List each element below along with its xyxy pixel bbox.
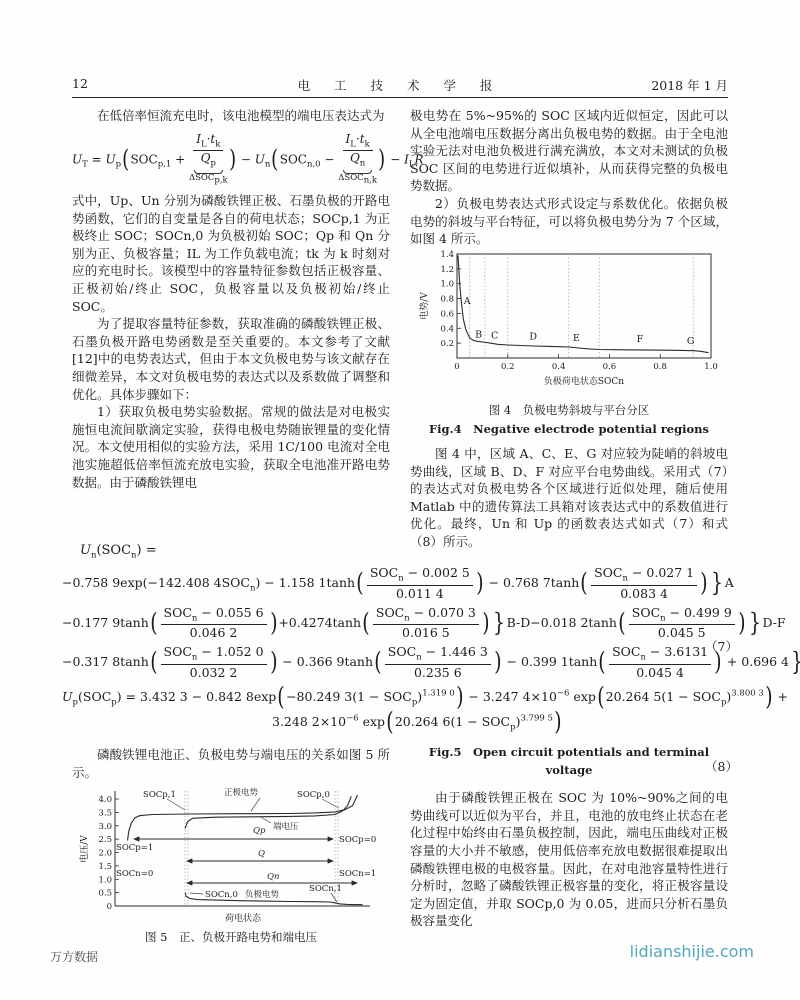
fig5-label-socn0: SOCn,0 xyxy=(205,890,238,900)
socn1-leader xyxy=(331,893,337,902)
page-header: 12 电 工 技 术 学 报 2018 年 1 月 xyxy=(72,76,728,96)
fig5-ylabel: 电压/V xyxy=(78,835,90,863)
fig5-caption-en: Fig.5 Open circuit potentials and termin… xyxy=(410,744,728,779)
svg-text:F: F xyxy=(637,334,644,345)
fig4-caption-en: Fig.4 Negative electrode potential regio… xyxy=(410,421,728,439)
svg-text:1.0: 1.0 xyxy=(440,279,454,289)
equation-body: UT = Up(SOCp,1 + IL·tkQpΔSOCp,k) − Un(SO… xyxy=(72,133,390,187)
issue-date: 2018 年 1 月 xyxy=(651,76,728,94)
eq8-line2: 3.248 2×10−6 exp(20.264 6(1 − SOCp)3.799… xyxy=(272,711,738,734)
right-column-top: 极电势在 5%~95%的 SOC 区域内近似恒定，因此可以从全电池端电压数据分离… xyxy=(410,107,728,543)
fig5-label-socp0: SOCp,0 xyxy=(297,790,330,800)
pos-leader xyxy=(251,798,260,811)
paragraph: 2）负极电势表达式形式设定与系数优化。依据负极电势的斜坡与平台特征，可以将负极电… xyxy=(410,195,728,248)
fig4-caption-cn: 图 4 负极电势斜坡与平台分区 xyxy=(410,402,728,420)
svg-text:1.5: 1.5 xyxy=(98,862,112,872)
fig5-label-socn1: SOCn,1 xyxy=(309,884,342,894)
fig4-xlabel: 负极荷电状态SOCn xyxy=(544,375,624,387)
fig5-label-socn-eq-0: SOCn=0 xyxy=(116,869,153,879)
svg-text:0.2: 0.2 xyxy=(440,339,454,349)
fig5-xlabel: 荷电状态 xyxy=(225,912,262,924)
svg-text:0.4: 0.4 xyxy=(440,324,454,334)
equation-terminal-voltage: UT = Up(SOCp,1 + IL·tkQpΔSOCp,k) − Un(SO… xyxy=(72,133,390,187)
svg-text:0.6: 0.6 xyxy=(603,362,617,372)
svg-text:0.4: 0.4 xyxy=(552,362,566,372)
svg-text:B: B xyxy=(475,329,482,340)
svg-text:0.6: 0.6 xyxy=(440,309,454,319)
paragraph: 1）获取负极电势实验数据。常规的做法是对电极实施恒电流间歇滴定实验，获得电极电势… xyxy=(72,403,390,491)
svg-text:0: 0 xyxy=(107,902,112,912)
fig5-label-socn-eq-1: SOCn=1 xyxy=(339,869,376,879)
paragraph: 为了提取容量特征参数，获取准确的磷酸铁锂正极、石墨负极开路电势函数是至关重要的。… xyxy=(72,315,390,403)
svg-text:1.0: 1.0 xyxy=(704,362,718,372)
journal-page: 12 电 工 技 术 学 报 2018 年 1 月 在低倍率恒流充电时，该电池模… xyxy=(0,0,800,1000)
fig5-caption-cn: 图 5 正、负极开路电势和端电压 xyxy=(72,929,390,947)
svg-text:0.5: 0.5 xyxy=(98,889,112,899)
eq7-line3: −0.177 9tanh(SOCn − 0.055 60.046 2)+0.42… xyxy=(62,606,738,641)
fig4-chart: 00.20.40.60.81.00.20.40.60.81.01.21.4ABC… xyxy=(413,248,725,400)
fig5-label-socp1: SOCp,1 xyxy=(143,790,176,800)
paragraph: 图 4 中，区域 A、C、E、G 对应较为陡峭的斜坡电势曲线，区域 B、D、F … xyxy=(410,445,728,551)
svg-text:D: D xyxy=(529,331,537,342)
svg-text:0.2: 0.2 xyxy=(501,362,515,372)
svg-text:2.5: 2.5 xyxy=(98,835,112,845)
equation-7: Un(SOCn) = −0.758 9exp(−142.408 4SOCn) −… xyxy=(62,544,738,680)
figure-5: 00.51.01.52.02.53.03.54.0 SOCp,1 正极电势 SO… xyxy=(72,781,390,947)
left-column-bottom: 磷酸铁锂电池正、负极电势与端电压的关系如图 5 所示。 xyxy=(72,746,390,946)
svg-text:C: C xyxy=(491,330,498,341)
header-rule xyxy=(72,97,728,98)
eq7-line2: −0.758 9exp(−142.408 4SOCn) − 1.158 1tan… xyxy=(62,566,738,601)
left-column-top: 在低倍率恒流充电时，该电池模型的端电压表达式为 UT = Up(SOCp,1 +… xyxy=(72,107,390,543)
socp0-leader xyxy=(322,799,339,808)
svg-text:0: 0 xyxy=(454,362,459,372)
eq7-line4: −0.317 8tanh(SOCn − 1.052 00.032 2) − 0.… xyxy=(62,645,738,680)
svg-text:2.0: 2.0 xyxy=(98,849,112,859)
fig5-label-socp-eq-0: SOCp=0 xyxy=(339,835,376,845)
fig5-chart: 00.51.01.52.02.53.03.54.0 SOCp,1 正极电势 SO… xyxy=(75,781,387,927)
svg-text:3.5: 3.5 xyxy=(98,809,112,819)
svg-text:4.0: 4.0 xyxy=(98,795,112,805)
paragraph: 由于磷酸铁锂正极在 SOC 为 10%~90%之间的电势曲线可以近似为平台，并且… xyxy=(410,789,728,930)
figure-4: 00.20.40.60.81.00.20.40.60.81.01.21.4ABC… xyxy=(410,248,728,439)
svg-text:1.0: 1.0 xyxy=(98,875,112,885)
footer-watermark: 万方数据 xyxy=(50,948,98,965)
paragraph: 极电势在 5%~95%的 SOC 区域内近似恒定，因此可以从全电池端电压数据分离… xyxy=(410,107,728,195)
paragraph: 式中，Up、Un 分别为磷酸铁锂正极、石墨负极的开路电势函数，它们的自变量是各自… xyxy=(72,192,390,315)
svg-text:0.8: 0.8 xyxy=(440,294,454,304)
equations-7-8: Un(SOCn) = −0.758 9exp(−142.408 4SOCn) −… xyxy=(62,544,738,737)
plot-dynamic: 00.20.40.60.81.00.20.40.60.81.01.21.4ABC… xyxy=(440,250,717,372)
fig5-label-q: Q xyxy=(258,849,265,859)
svg-text:0.8: 0.8 xyxy=(653,362,667,372)
paragraph: 在低倍率恒流充电时，该电池模型的端电压表达式为 xyxy=(72,107,390,125)
right-column-bottom: Fig.5 Open circuit potentials and termin… xyxy=(410,742,728,952)
svg-text:A: A xyxy=(463,296,471,307)
fig5-label-socp-eq-1: SOCp=1 xyxy=(116,843,153,853)
svg-text:G: G xyxy=(687,336,695,347)
fig5-label-pos-potential: 正极电势 xyxy=(224,787,259,798)
fig5-label-qp: Qp xyxy=(253,826,266,836)
svg-text:3.0: 3.0 xyxy=(98,822,112,832)
journal-title: 电 工 技 术 学 报 xyxy=(72,76,728,94)
svg-text:E: E xyxy=(573,333,580,344)
footer-site-url: lidianshijie.com xyxy=(630,942,754,961)
eq7-line1: Un(SOCn) = xyxy=(80,544,738,561)
fig5-label-terminal-voltage: 端电压 xyxy=(273,821,299,832)
socp1-leader xyxy=(167,799,185,810)
fig5-label-neg-potential: 负极电势 xyxy=(245,889,280,900)
fig5-label-qn: Qn xyxy=(267,872,279,882)
series-0 xyxy=(128,795,358,841)
socn0-leader xyxy=(190,893,203,894)
eq7-number: （7） xyxy=(705,640,738,654)
equation-8: Up(SOCp) = 3.432 3 − 0.842 8exp(−80.249 … xyxy=(62,686,738,734)
svg-text:1.4: 1.4 xyxy=(440,250,454,260)
paragraph: 磷酸铁锂电池正、负极电势与端电压的关系如图 5 所示。 xyxy=(72,746,390,781)
eq8-line1: Up(SOCp) = 3.432 3 − 0.842 8exp(−80.249 … xyxy=(62,686,738,709)
fig4-plot-box xyxy=(457,254,711,358)
fig4-ylabel: 电势/V xyxy=(418,291,430,319)
svg-text:1.2: 1.2 xyxy=(440,265,454,275)
